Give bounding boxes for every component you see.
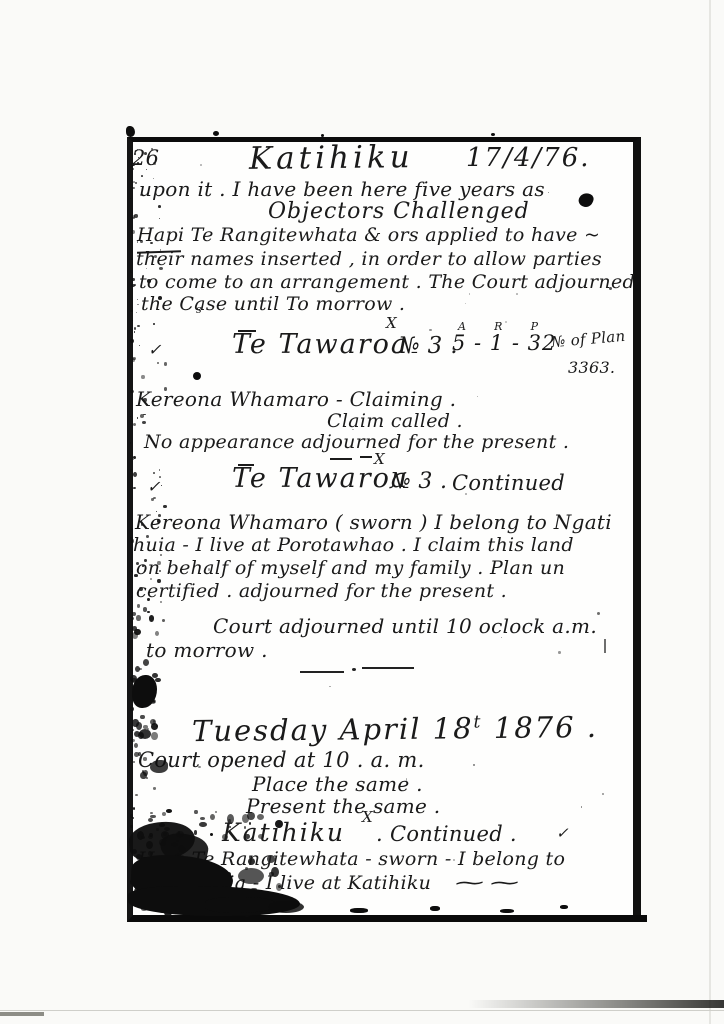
adjournment-line: to morrow . (146, 638, 268, 662)
date-suffix: 1876 . (482, 710, 598, 745)
objectors-heading: Objectors Challenged (268, 199, 530, 224)
testimony-line: huia - I live at Porotawhao . I claim th… (133, 534, 574, 556)
blotch-cluster (268, 901, 304, 913)
tawaroa-case-no: № 3 . (398, 333, 458, 359)
court-opened-line: Court opened at 10 . a. m. (138, 748, 425, 772)
scan-mark-bottom-left (0, 1012, 44, 1016)
pen-stroke (330, 458, 352, 460)
ink-speck (604, 639, 606, 653)
divider-dot (352, 668, 356, 671)
page-date: 17/4/76. (466, 143, 591, 173)
divider-line (300, 671, 344, 673)
testimony-line: certified . adjourned for the present . (136, 580, 507, 602)
section-divider (300, 664, 450, 676)
ink-blot (150, 760, 168, 773)
ink-speck (350, 908, 368, 913)
scan-smudge-bottom-right (468, 1000, 724, 1008)
area-figures: 5 - 1 - 32 (452, 331, 556, 355)
present-line: Present the same . (246, 794, 440, 818)
inserted-cross-mark: X (374, 450, 385, 468)
objectors-line: to come to an arrangement . The Court ad… (139, 271, 635, 293)
margin-checkmark: ✓ (148, 340, 161, 359)
area-figures-arp: A R P 5 - 1 - 32 (452, 320, 556, 355)
blotch-cluster (238, 868, 264, 884)
page-title: Katihiku (249, 139, 414, 177)
objectors-line: Hapi Te Rangitewhata & ors applied to ha… (137, 224, 600, 246)
ink-speck (430, 906, 440, 911)
objectors-line: their names inserted , in order to allow… (136, 248, 602, 270)
ink-speck (213, 131, 219, 136)
testimony-line: on behalf of myself and my family . Plan… (136, 557, 565, 579)
testimony-line: Kereona Whamaro ( sworn ) I belong to Ng… (135, 510, 612, 534)
adjournment-line: Court adjourned until 10 oclock a.m. (213, 614, 597, 638)
ink-speck (500, 909, 514, 913)
ink-speck (560, 905, 568, 909)
stray-mark: s (196, 303, 202, 316)
scan-line-bottom (0, 1010, 724, 1011)
tawaroa-heading: Te Tawaroa (232, 329, 409, 360)
place-line: Place the same . (252, 772, 423, 796)
ink-blot (139, 729, 151, 739)
objectors-line: the Case until To morrow . (141, 293, 405, 315)
tawaroa-continued-case-no: № 3 . (390, 469, 447, 494)
claim-called-line: Claim called . (327, 410, 463, 432)
ink-speck (321, 134, 324, 137)
katihiku-continued-status: . Continued . (376, 822, 517, 846)
inserted-cross-mark: X (362, 808, 373, 826)
ink-dot (193, 372, 201, 380)
katihiku-continued-heading: Katihiku (222, 818, 345, 847)
plan-number: 3363. (568, 358, 615, 377)
page-number: 26 (132, 146, 159, 170)
trailing-squiggle: ∼∼ (452, 872, 522, 894)
ink-speck (597, 612, 600, 615)
divider-line (362, 667, 414, 669)
date-prefix: Tuesday April 18 (192, 711, 474, 748)
ink-speck (491, 133, 495, 136)
ink-speck (609, 287, 612, 290)
appearance-line: No appearance adjourned for the present … (144, 431, 569, 453)
tawaroa-continued-status: Continued (452, 471, 565, 495)
inserted-cross-mark: X (386, 314, 397, 332)
session-date-heading: Tuesday April 18t 1876 . (192, 710, 598, 748)
carryover-line: upon it . I have been here five years as (139, 177, 545, 201)
ink-speck (126, 126, 135, 137)
scan-edge-line-right (709, 0, 711, 1024)
margin-checkmark: ✓ (147, 477, 160, 496)
margin-checkmark: ✓ (556, 824, 569, 842)
date-ordinal: t (473, 712, 482, 732)
scanned-page: 26 Katihiku 17/4/76. upon it . I have be… (0, 0, 724, 1024)
claimant-line: Kereona Whamaro - Claiming . (136, 387, 456, 411)
pen-stroke (360, 456, 372, 458)
